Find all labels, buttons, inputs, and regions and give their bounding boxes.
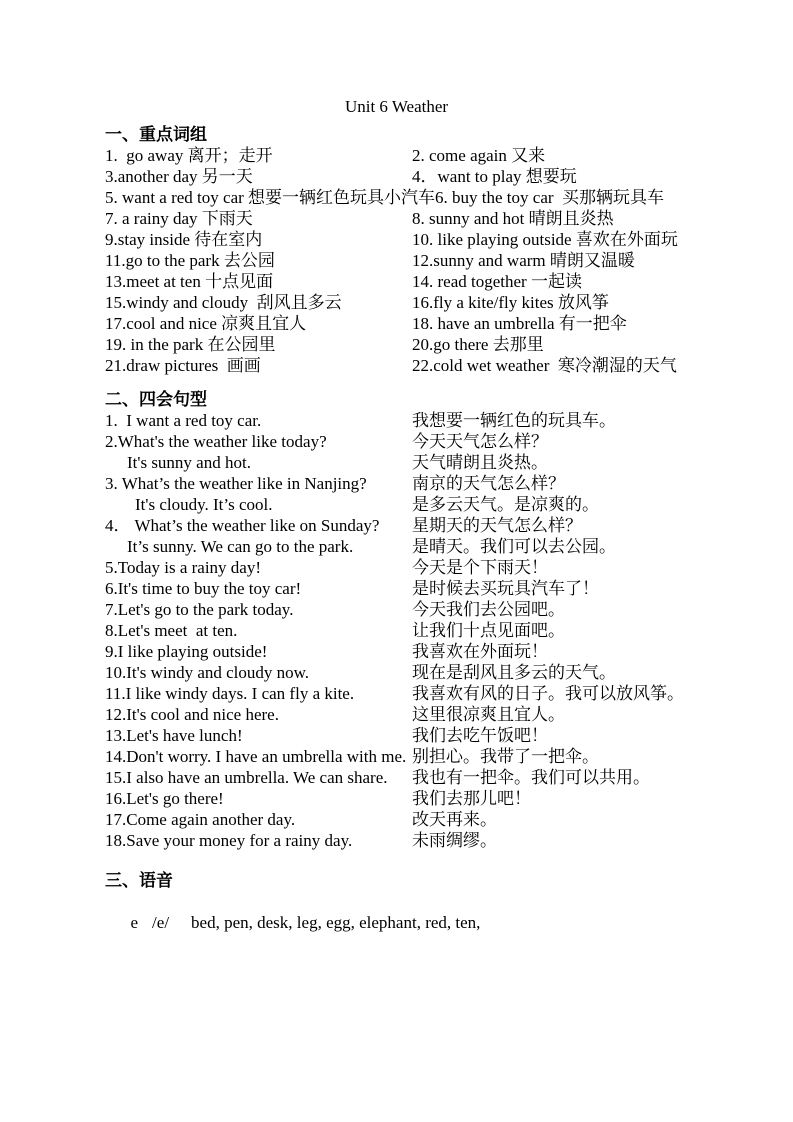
- phrase-row: 9.stay inside 待在室内10. like playing outsi…: [105, 229, 753, 250]
- sentence-row: 16.Let's go there!我们去那儿吧！: [105, 788, 753, 809]
- phrase-row: 19. in the park 在公园里20.go there 去那里: [105, 334, 753, 355]
- phrase-right: 16.fly a kite/fly kites 放风筝: [412, 292, 609, 313]
- sentence-en: 15.I also have an umbrella. We can share…: [105, 767, 412, 788]
- doc-title: Unit 6 Weather: [0, 96, 793, 117]
- sentence-en: 7.Let's go to the park today.: [105, 599, 412, 620]
- phrase-left: 1. go away 离开；走开: [105, 145, 412, 166]
- sentence-row: 10.It's windy and cloudy now.现在是刮风且多云的天气…: [105, 662, 753, 683]
- sentence-en: 14.Don't worry. I have an umbrella with …: [105, 746, 412, 767]
- sentence-zh: 我也有一把伞。我们可以共用。: [412, 767, 650, 788]
- phrase-row: 1. go away 离开；走开2. come again 又来: [105, 145, 753, 166]
- sentence-zh: 是晴天。我们可以去公园。: [412, 536, 616, 557]
- sentence-en: 8.Let's meet at ten.: [105, 620, 412, 641]
- sentence-zh: 我们去吃午饭吧！: [412, 725, 548, 746]
- sentence-row: 3. What’s the weather like in Nanjing?南京…: [105, 473, 753, 494]
- sentence-en: 5.Today is a rainy day!: [105, 557, 412, 578]
- sentence-en: 17.Come again another day.: [105, 809, 412, 830]
- sentence-row: 7.Let's go to the park today.今天我们去公园吧。: [105, 599, 753, 620]
- sentence-zh: 是时候去买玩具汽车了！: [412, 578, 599, 599]
- phrase-right: 14. read together 一起读: [412, 271, 582, 292]
- phrase-left: 9.stay inside 待在室内: [105, 229, 412, 250]
- document-page: { "doc": { "title": "Unit 6 Weather", "s…: [0, 0, 793, 1122]
- sentence-zh: 今天天气怎么样？: [412, 431, 548, 452]
- sentence-en: It’s sunny. We can go to the park.: [105, 536, 412, 557]
- sentence-zh: 我想要一辆红色的玩具车。: [412, 410, 616, 431]
- sentence-row: 5.Today is a rainy day!今天是个下雨天！: [105, 557, 753, 578]
- sentence-row: 6.It's time to buy the toy car!是时候去买玩具汽车…: [105, 578, 753, 599]
- sentence-en: 3. What’s the weather like in Nanjing?: [105, 473, 412, 494]
- phrase-row: 15.windy and cloudy 刮风且多云16.fly a kite/f…: [105, 292, 753, 313]
- sentence-en: 16.Let's go there!: [105, 788, 412, 809]
- phrase-left: 11.go to the park 去公园: [105, 250, 412, 271]
- section-phonics: 三、语音 e/e/bed, pen, desk, leg, egg, eleph…: [105, 870, 753, 954]
- phrase-left: 7. a rainy day 下雨天: [105, 208, 412, 229]
- sentence-row: 4． What’s the weather like on Sunday?星期天…: [105, 515, 753, 536]
- phonics-words: bed, pen, desk, leg, egg, elephant, red,…: [191, 913, 480, 932]
- phrase-row: 11.go to the park 去公园12.sunny and warm 晴…: [105, 250, 753, 271]
- phrase-right: 22.cold wet weather 寒冷潮湿的天气: [412, 355, 677, 376]
- section-phrases: 一、重点词组 1. go away 离开；走开2. come again 又来 …: [105, 124, 753, 376]
- phrase-row: 3.another day 另一天4．want to play 想要玩: [105, 166, 753, 187]
- phonics-letter: e: [131, 913, 139, 932]
- phrase-row: 7. a rainy day 下雨天8. sunny and hot 晴朗且炎热: [105, 208, 753, 229]
- sentence-row: 13.Let's have lunch!我们去吃午饭吧！: [105, 725, 753, 746]
- phrase-row: 21.draw pictures 画画22.cold wet weather 寒…: [105, 355, 753, 376]
- phonics-sound: /e/: [152, 913, 169, 932]
- phrase-right: 4．want to play 想要玩: [412, 166, 577, 187]
- sentence-row: 1. I want a red toy car.我想要一辆红色的玩具车。: [105, 410, 753, 431]
- sentence-row: It's cloudy. It’s cool.是多云天气。是凉爽的。: [105, 494, 753, 515]
- phrase-right: 2. come again 又来: [412, 145, 545, 166]
- sentence-en: 10.It's windy and cloudy now.: [105, 662, 412, 683]
- sentence-row: 12.It's cool and nice here.这里很凉爽且宜人。: [105, 704, 753, 725]
- phonics-line: e/e/bed, pen, desk, leg, egg, elephant, …: [105, 891, 753, 954]
- sentence-zh: 我喜欢有风的日子。我可以放风筝。: [412, 683, 684, 704]
- sentence-en: 1. I want a red toy car.: [105, 410, 412, 431]
- phrase-left: 13.meet at ten 十点见面: [105, 271, 412, 292]
- sentence-zh: 改天再来。: [412, 809, 497, 830]
- section-heading-phrases: 一、重点词组: [105, 124, 753, 145]
- phrase-left: 21.draw pictures 画画: [105, 355, 412, 376]
- sentence-zh: 今天是个下雨天！: [412, 557, 548, 578]
- phrase-left: 17.cool and nice 凉爽且宜人: [105, 313, 412, 334]
- sentence-zh: 天气晴朗且炎热。: [412, 452, 548, 473]
- sentence-en: 6.It's time to buy the toy car!: [105, 578, 412, 599]
- sentence-row: It’s sunny. We can go to the park.是晴天。我们…: [105, 536, 753, 557]
- phrase-row: 5. want a red toy car 想要一辆红色玩具小汽车6. buy …: [105, 187, 753, 208]
- phrase-right: 12.sunny and warm 晴朗又温暖: [412, 250, 635, 271]
- sentence-row: 8.Let's meet at ten.让我们十点见面吧。: [105, 620, 753, 641]
- phrase-left: 5. want a red toy car 想要一辆红色玩具小汽车: [105, 187, 435, 208]
- sentence-row: 15.I also have an umbrella. We can share…: [105, 767, 753, 788]
- sentence-row: 9.I like playing outside!我喜欢在外面玩！: [105, 641, 753, 662]
- sentence-zh: 现在是刮风且多云的天气。: [412, 662, 616, 683]
- sentence-zh: 我们去那儿吧！: [412, 788, 531, 809]
- sentence-row: 2.What's the weather like today?今天天气怎么样？: [105, 431, 753, 452]
- phrase-right: 20.go there 去那里: [412, 334, 544, 355]
- phrase-left: 15.windy and cloudy 刮风且多云: [105, 292, 412, 313]
- sentence-row: 18.Save your money for a rainy day.未雨绸缪。: [105, 830, 753, 851]
- sentence-en: 4． What’s the weather like on Sunday?: [105, 515, 412, 536]
- sentence-zh: 这里很凉爽且宜人。: [412, 704, 565, 725]
- sentence-en: 2.What's the weather like today?: [105, 431, 412, 452]
- section-heading-phonics: 三、语音: [105, 870, 753, 891]
- doc-content: 一、重点词组 1. go away 离开；走开2. come again 又来 …: [105, 124, 753, 954]
- section-sentences: 二、四会句型 1. I want a red toy car.我想要一辆红色的玩…: [105, 389, 753, 851]
- sentence-zh: 是多云天气。是凉爽的。: [412, 494, 599, 515]
- sentence-en: 9.I like playing outside!: [105, 641, 412, 662]
- sentence-row: 17.Come again another day.改天再来。: [105, 809, 753, 830]
- sentence-zh: 南京的天气怎么样？: [412, 473, 565, 494]
- sentence-zh: 让我们十点见面吧。: [412, 620, 565, 641]
- sentence-en: 18.Save your money for a rainy day.: [105, 830, 412, 851]
- phrase-row: 13.meet at ten 十点见面14. read together 一起读: [105, 271, 753, 292]
- sentence-zh: 未雨绸缪。: [412, 830, 497, 851]
- phrase-right: 10. like playing outside 喜欢在外面玩: [412, 229, 678, 250]
- phrase-left: 3.another day 另一天: [105, 166, 412, 187]
- phrase-left: 19. in the park 在公园里: [105, 334, 412, 355]
- sentence-zh: 我喜欢在外面玩！: [412, 641, 548, 662]
- sentence-row: 14.Don't worry. I have an umbrella with …: [105, 746, 753, 767]
- section-heading-sentences: 二、四会句型: [105, 389, 753, 410]
- sentence-row: 11.I like windy days. I can fly a kite.我…: [105, 683, 753, 704]
- sentence-en: It's cloudy. It’s cool.: [105, 494, 412, 515]
- phrase-right: 8. sunny and hot 晴朗且炎热: [412, 208, 614, 229]
- sentence-en: 12.It's cool and nice here.: [105, 704, 412, 725]
- sentence-en: It's sunny and hot.: [105, 452, 412, 473]
- sentence-en: 11.I like windy days. I can fly a kite.: [105, 683, 412, 704]
- phrase-row: 17.cool and nice 凉爽且宜人18. have an umbrel…: [105, 313, 753, 334]
- sentence-zh: 今天我们去公园吧。: [412, 599, 565, 620]
- phrase-right: 6. buy the toy car 买那辆玩具车: [435, 187, 664, 208]
- sentence-row: It's sunny and hot.天气晴朗且炎热。: [105, 452, 753, 473]
- sentence-zh: 星期天的天气怎么样？: [412, 515, 582, 536]
- sentence-en: 13.Let's have lunch!: [105, 725, 412, 746]
- sentence-zh: 别担心。我带了一把伞。: [412, 746, 599, 767]
- phrase-right: 18. have an umbrella 有一把伞: [412, 313, 627, 334]
